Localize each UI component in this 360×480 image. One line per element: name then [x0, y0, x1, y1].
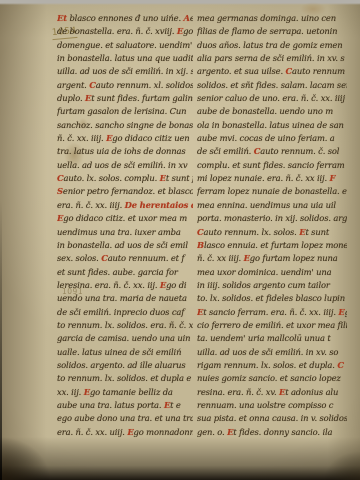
ink-text: complu. et sunt fides. sancio ferram: [197, 160, 345, 170]
ink-text: mea uxor dominica. uendim' una: [197, 267, 331, 277]
manuscript-line: uella. ad uos de sči emiliń. in xv: [57, 159, 193, 172]
manuscript-line: sex. solos. Cauto rennuum. et f: [57, 252, 193, 265]
ink-text: mea germanas dominga. uino cen: [197, 13, 336, 23]
manuscript-line: de bonastella. era. ñ. č. xviij. Ego dñi: [57, 25, 193, 38]
manuscript-line: Et blasco ennones đ uno uińe. Aella de b…: [57, 12, 193, 25]
manuscript-line: resina. era. ñ. č. xv. Et adonius alu: [197, 386, 347, 399]
manuscript-line: complu. et sunt fides. sancio ferram: [197, 159, 347, 172]
ink-text: go tamanie belliz da: [90, 387, 173, 397]
ink-text: filias de flamo de serrapa. uetonin: [197, 26, 337, 36]
manuscript-line: uendimus una tra. iuxer amba: [57, 226, 193, 239]
manuscript-line: era. ñ. č. xx. uiij. Ego monnadonna i: [57, 426, 193, 439]
ink-text: to rennum. lx. solidos. era. ñ. č. xx: [57, 320, 193, 330]
manuscript-line: leresina. era. ñ. č. xx. iij. Ego di: [57, 279, 193, 292]
manuscript-photo: 1054 1091 Et blasco ennones đ uno uińe. …: [0, 0, 360, 480]
ink-text: uilla. ad uos de sči emiliń. in xv. so: [197, 347, 338, 357]
ink-text: aube una tra. latus porta.: [57, 400, 164, 410]
ink-text: blasco ennones đ uno uińe.: [67, 13, 184, 23]
ink-text: to rennum. lx. solidos. et dupla e: [57, 373, 191, 383]
ink-text: auto rennum: [292, 66, 345, 76]
manuscript-line: duplo. Et sunt fides. furtam galindo: [57, 92, 193, 105]
ink-text: t adonius alu: [285, 387, 338, 397]
manuscript-line: sua pista. et onna causa. in v. solidos: [197, 412, 347, 425]
manuscript-line: garcia de camisa. uendo una uin: [57, 332, 193, 345]
rubric-text: Et: [57, 13, 67, 23]
ink-text: duplo.: [57, 93, 85, 103]
ink-text: uilla. ad uos de sči emiliń. in xij. sol: [57, 66, 193, 76]
ink-text: tra. latus uia de iohs de donnas: [57, 146, 186, 156]
ink-text: t sunt fides. furtam galindo: [91, 93, 193, 103]
manuscript-line: ualle. latus uinea de sči emiliń: [57, 346, 193, 359]
manuscript-line: sanchoz. sancho singne de bonast: [57, 119, 193, 132]
ink-text: rigam rennum. lx. solos. et dupla.: [197, 360, 337, 370]
rubric-text: De herentaios de bonastella: [125, 200, 193, 210]
ink-text: go di: [166, 280, 186, 290]
manuscript-line: to. lx. solidos. et fideles blasco lupin: [197, 292, 347, 305]
manuscript-line: era. ñ. č. xx. iiij. De herentaios de bo…: [57, 199, 193, 212]
manuscript-line: gen. o. Et fides. donny sancio. ila: [197, 426, 347, 439]
manuscript-line: ego aube dono una tra. et una tra: [57, 412, 193, 425]
ink-text: auto rennum. č. sol: [260, 146, 339, 156]
manuscript-line: solidos. et sñt fides. salam. lacam ser: [197, 79, 347, 92]
manuscript-line: uilla. ad uos de sči emiliń. in xv. so: [197, 346, 347, 359]
manuscript-line: rennuam. una uolstre compisso c: [197, 399, 347, 412]
ink-text: uella. ad uos de sči emiliń. in xv: [57, 160, 188, 170]
ink-text: lasco ennuia. et furtam lopez mones: [204, 240, 347, 250]
ink-text: ella de bellay: [190, 13, 193, 23]
ink-text: auto rennum. xl. solidos. et: [96, 80, 193, 90]
ink-text: go furtam lopez nuna: [250, 253, 338, 263]
ink-text: ualle. latus uinea de sči emiliń: [57, 347, 181, 357]
ink-text: de sči emiliń. inprecio duos caf: [57, 307, 184, 317]
ink-text: enior petro fernandoz. et blasco: [63, 186, 193, 196]
ink-text: aube mvi. cocas de uino feriam. a: [197, 133, 335, 143]
ink-text: rennuam. una uolstre compisso c: [197, 400, 333, 410]
manuscript-line: mea ennina. uendimus una uia uil: [197, 199, 347, 212]
ink-text: et sunt fides. aube. garcia for: [57, 267, 178, 277]
ink-text: in bonastella. ad uos de sči emil: [57, 240, 188, 250]
ink-text: domengue. et saluatore. uendim' una tra: [57, 40, 193, 50]
text-column-right: mea germanas dominga. uino cenfilias de …: [197, 12, 347, 439]
ink-text: ñ. č. xx. iiij.: [57, 133, 106, 143]
ink-text: sex. solos.: [57, 253, 101, 263]
manuscript-line: alia pars serna de sči emiliń. in xv. s: [197, 52, 347, 65]
text-column-left: Et blasco ennones đ uno uińe. Aella de b…: [57, 12, 193, 439]
manuscript-line: to rennum. lx. solidos. era. ñ. č. xx: [57, 319, 193, 332]
ink-text: in bonastella. latus una que uadit a: [57, 53, 193, 63]
manuscript-line: Blasco ennuia. et furtam lopez mones: [197, 239, 347, 252]
manuscript-line: duos años. latus tra de gomiz emen: [197, 39, 347, 52]
manuscript-line: ferram lopez nunaie de bonastella. e: [197, 185, 347, 198]
ink-text: t sunt fi: [166, 173, 193, 183]
ink-text: mi lopez nunaie. era. ñ. č. xx iij.: [197, 173, 330, 183]
ink-text: t sancio ferram. era. ñ. č. xx. iiij.: [203, 307, 338, 317]
ink-text: uendimus una tra. iuxer amba: [57, 227, 181, 237]
ink-text: era. ñ. č. xx. uiij.: [57, 427, 127, 437]
manuscript-line: nuies gomiz sancio. et sancio lopez: [197, 372, 347, 385]
ink-text: ferram lopez nunaie de bonastella. e: [197, 186, 347, 196]
manuscript-line: porta. monasterio. in xij. solidos. arg: [197, 212, 347, 225]
ink-text: resina. era. ñ. č. xv.: [197, 387, 279, 397]
ink-text: go didaco citiz uen: [112, 133, 189, 143]
manuscript-line: to rennum. lx. solidos. et dupla e: [57, 372, 193, 385]
ink-text: leresina. era. ñ. č. xx. iij.: [57, 280, 160, 290]
ink-text: uendo una tra. maria de naueta: [57, 293, 187, 303]
ink-text: t sunt: [305, 227, 329, 237]
ink-text: ola in bonastella. latus uinea de san: [197, 120, 344, 130]
manuscript-line: uilla. ad uos de sči emiliń. in xij. sol: [57, 65, 193, 78]
ink-text: ta. uendem' uria mallcolū unua t: [197, 333, 331, 343]
manuscript-line: ta. uendem' uria mallcolū unua t: [197, 332, 347, 345]
ink-text: de sči emiliń.: [197, 146, 254, 156]
manuscript-line: senior caluo de uno. era. ñ. č. xx. iiij: [197, 92, 347, 105]
ink-text: ego aube dono una tra. et una tra: [57, 413, 193, 423]
ink-text: in iiij. solidos argento cum tailor: [197, 280, 330, 290]
manuscript-line: de sči emiliń. Cauto rennum. č. sol: [197, 145, 347, 158]
ink-text: xx. iij.: [57, 387, 84, 397]
manuscript-line: argento. et sua uilse. Cauto rennum: [197, 65, 347, 78]
rubric-text: F: [330, 173, 336, 183]
manuscript-line: argent. Cauto rennum. xl. solidos. et: [57, 79, 193, 92]
manuscript-line: rigam rennum. lx. solos. et dupla. C: [197, 359, 347, 372]
manuscript-line: tra. latus uia de iohs de donnas: [57, 145, 193, 158]
manuscript-line: Senior petro fernandoz. et blasco: [57, 185, 193, 198]
ink-text: era. ñ. č. xx. iiij.: [57, 200, 125, 210]
ink-text: solidos. argento. ad ille aluarus: [57, 360, 186, 370]
ink-text: garcia de camisa. uendo una uin: [57, 333, 190, 343]
manuscript-line: solidos. argento. ad ille aluarus: [57, 359, 193, 372]
manuscript-line: xx. iij. Ego tamanie belliz da: [57, 386, 193, 399]
ink-text: de bonastella. era. ñ. č. xviij.: [57, 26, 177, 36]
ink-text: go didaco citiz. et uxor mea m: [63, 213, 187, 223]
ink-text: duos años. latus tra de gomiz emen: [197, 40, 342, 50]
ink-text: alia pars serna de sči emiliń. in xv. s: [197, 53, 345, 63]
rubric-text: C: [337, 360, 344, 370]
manuscript-line: mea germanas dominga. uino cen: [197, 12, 347, 25]
manuscript-line: furtam gasalon de lerisina. Cun: [57, 105, 193, 118]
ink-text: go dñi: [183, 26, 193, 36]
ink-text: sanchoz. sancho singne de bonast: [57, 120, 193, 130]
ink-text: senior caluo de uno. era. ñ. č. xx. iiij: [197, 93, 345, 103]
manuscript-line: filias de flamo de serrapa. uetonin: [197, 25, 347, 38]
manuscript-line: aube mvi. cocas de uino feriam. a: [197, 132, 347, 145]
manuscript-line: uendo una tra. maria de naueta: [57, 292, 193, 305]
page-left-edge-shadow: [0, 200, 2, 480]
ink-text: aube de bonastella. uendo uno m: [197, 106, 333, 116]
ink-text: g: [345, 307, 347, 317]
ink-text: argent.: [57, 80, 89, 90]
manuscript-line: ola in bonastella. latus uinea de san: [197, 119, 347, 132]
ink-text: solidos. et sñt fides. salam. lacam ser: [197, 80, 347, 90]
manuscript-line: aube de bonastella. uendo uno m: [197, 105, 347, 118]
manuscript-line: de sči emiliń. inprecio duos caf: [57, 306, 193, 319]
ink-text: ñ. č. xx iiij.: [197, 253, 244, 263]
manuscript-line: ñ. č. xx. iiij. Ego didaco citiz uen: [57, 132, 193, 145]
ink-text: t e: [170, 400, 181, 410]
ink-text: cio ferrero de emiliń. et uxor mea fili: [197, 320, 347, 330]
ink-text: auto rennuum. et f: [108, 253, 185, 263]
ink-text: nuies gomiz sancio. et sancio lopez: [197, 373, 341, 383]
ink-text: mea ennina. uendimus una uia uil: [197, 200, 336, 210]
manuscript-line: et sunt fides. aube. garcia for: [57, 266, 193, 279]
manuscript-line: mea uxor dominica. uendim' una: [197, 266, 347, 279]
ink-text: porta. monasterio. in xij. solidos. arg: [197, 213, 347, 223]
ink-text: auto. lx. solos. complu.: [64, 173, 160, 183]
manuscript-line: Cauto. lx. solos. complu. Et sunt fi: [57, 172, 193, 185]
ink-text: go monnadonna i: [134, 427, 193, 437]
ink-text: furtam gasalon de lerisina. Cun: [57, 106, 186, 116]
ink-text: argento. et sua uilse.: [197, 66, 286, 76]
manuscript-line: in bonastella. latus una que uadit a: [57, 52, 193, 65]
rubric-text: B: [197, 240, 204, 250]
page-top-edge: [0, 0, 360, 5]
manuscript-line: in bonastella. ad uos de sči emil: [57, 239, 193, 252]
manuscript-line: cio ferrero de emiliń. et uxor mea fili: [197, 319, 347, 332]
manuscript-line: mi lopez nunaie. era. ñ. č. xx iij. F: [197, 172, 347, 185]
manuscript-line: ñ. č. xx iiij. Ego furtam lopez nuna: [197, 252, 347, 265]
manuscript-line: Et sancio ferram. era. ñ. č. xx. iiij. E…: [197, 306, 347, 319]
manuscript-line: aube una tra. latus porta. Et e: [57, 399, 193, 412]
manuscript-line: domengue. et saluatore. uendim' una tra: [57, 39, 193, 52]
manuscript-line: Ego didaco citiz. et uxor mea m: [57, 212, 193, 225]
manuscript-line: Cauto rennum. lx. solos. Et sunt: [197, 226, 347, 239]
manuscript-line: in iiij. solidos argento cum tailor: [197, 279, 347, 292]
ink-text: to. lx. solidos. et fideles blasco lupin: [197, 293, 345, 303]
ink-text: auto rennum. lx. solos.: [204, 227, 300, 237]
ink-text: sua pista. et onna causa. in v. solidos: [197, 413, 347, 423]
ink-text: gen. o.: [197, 427, 227, 437]
ink-text: t fides. donny sancio. ila: [233, 427, 332, 437]
